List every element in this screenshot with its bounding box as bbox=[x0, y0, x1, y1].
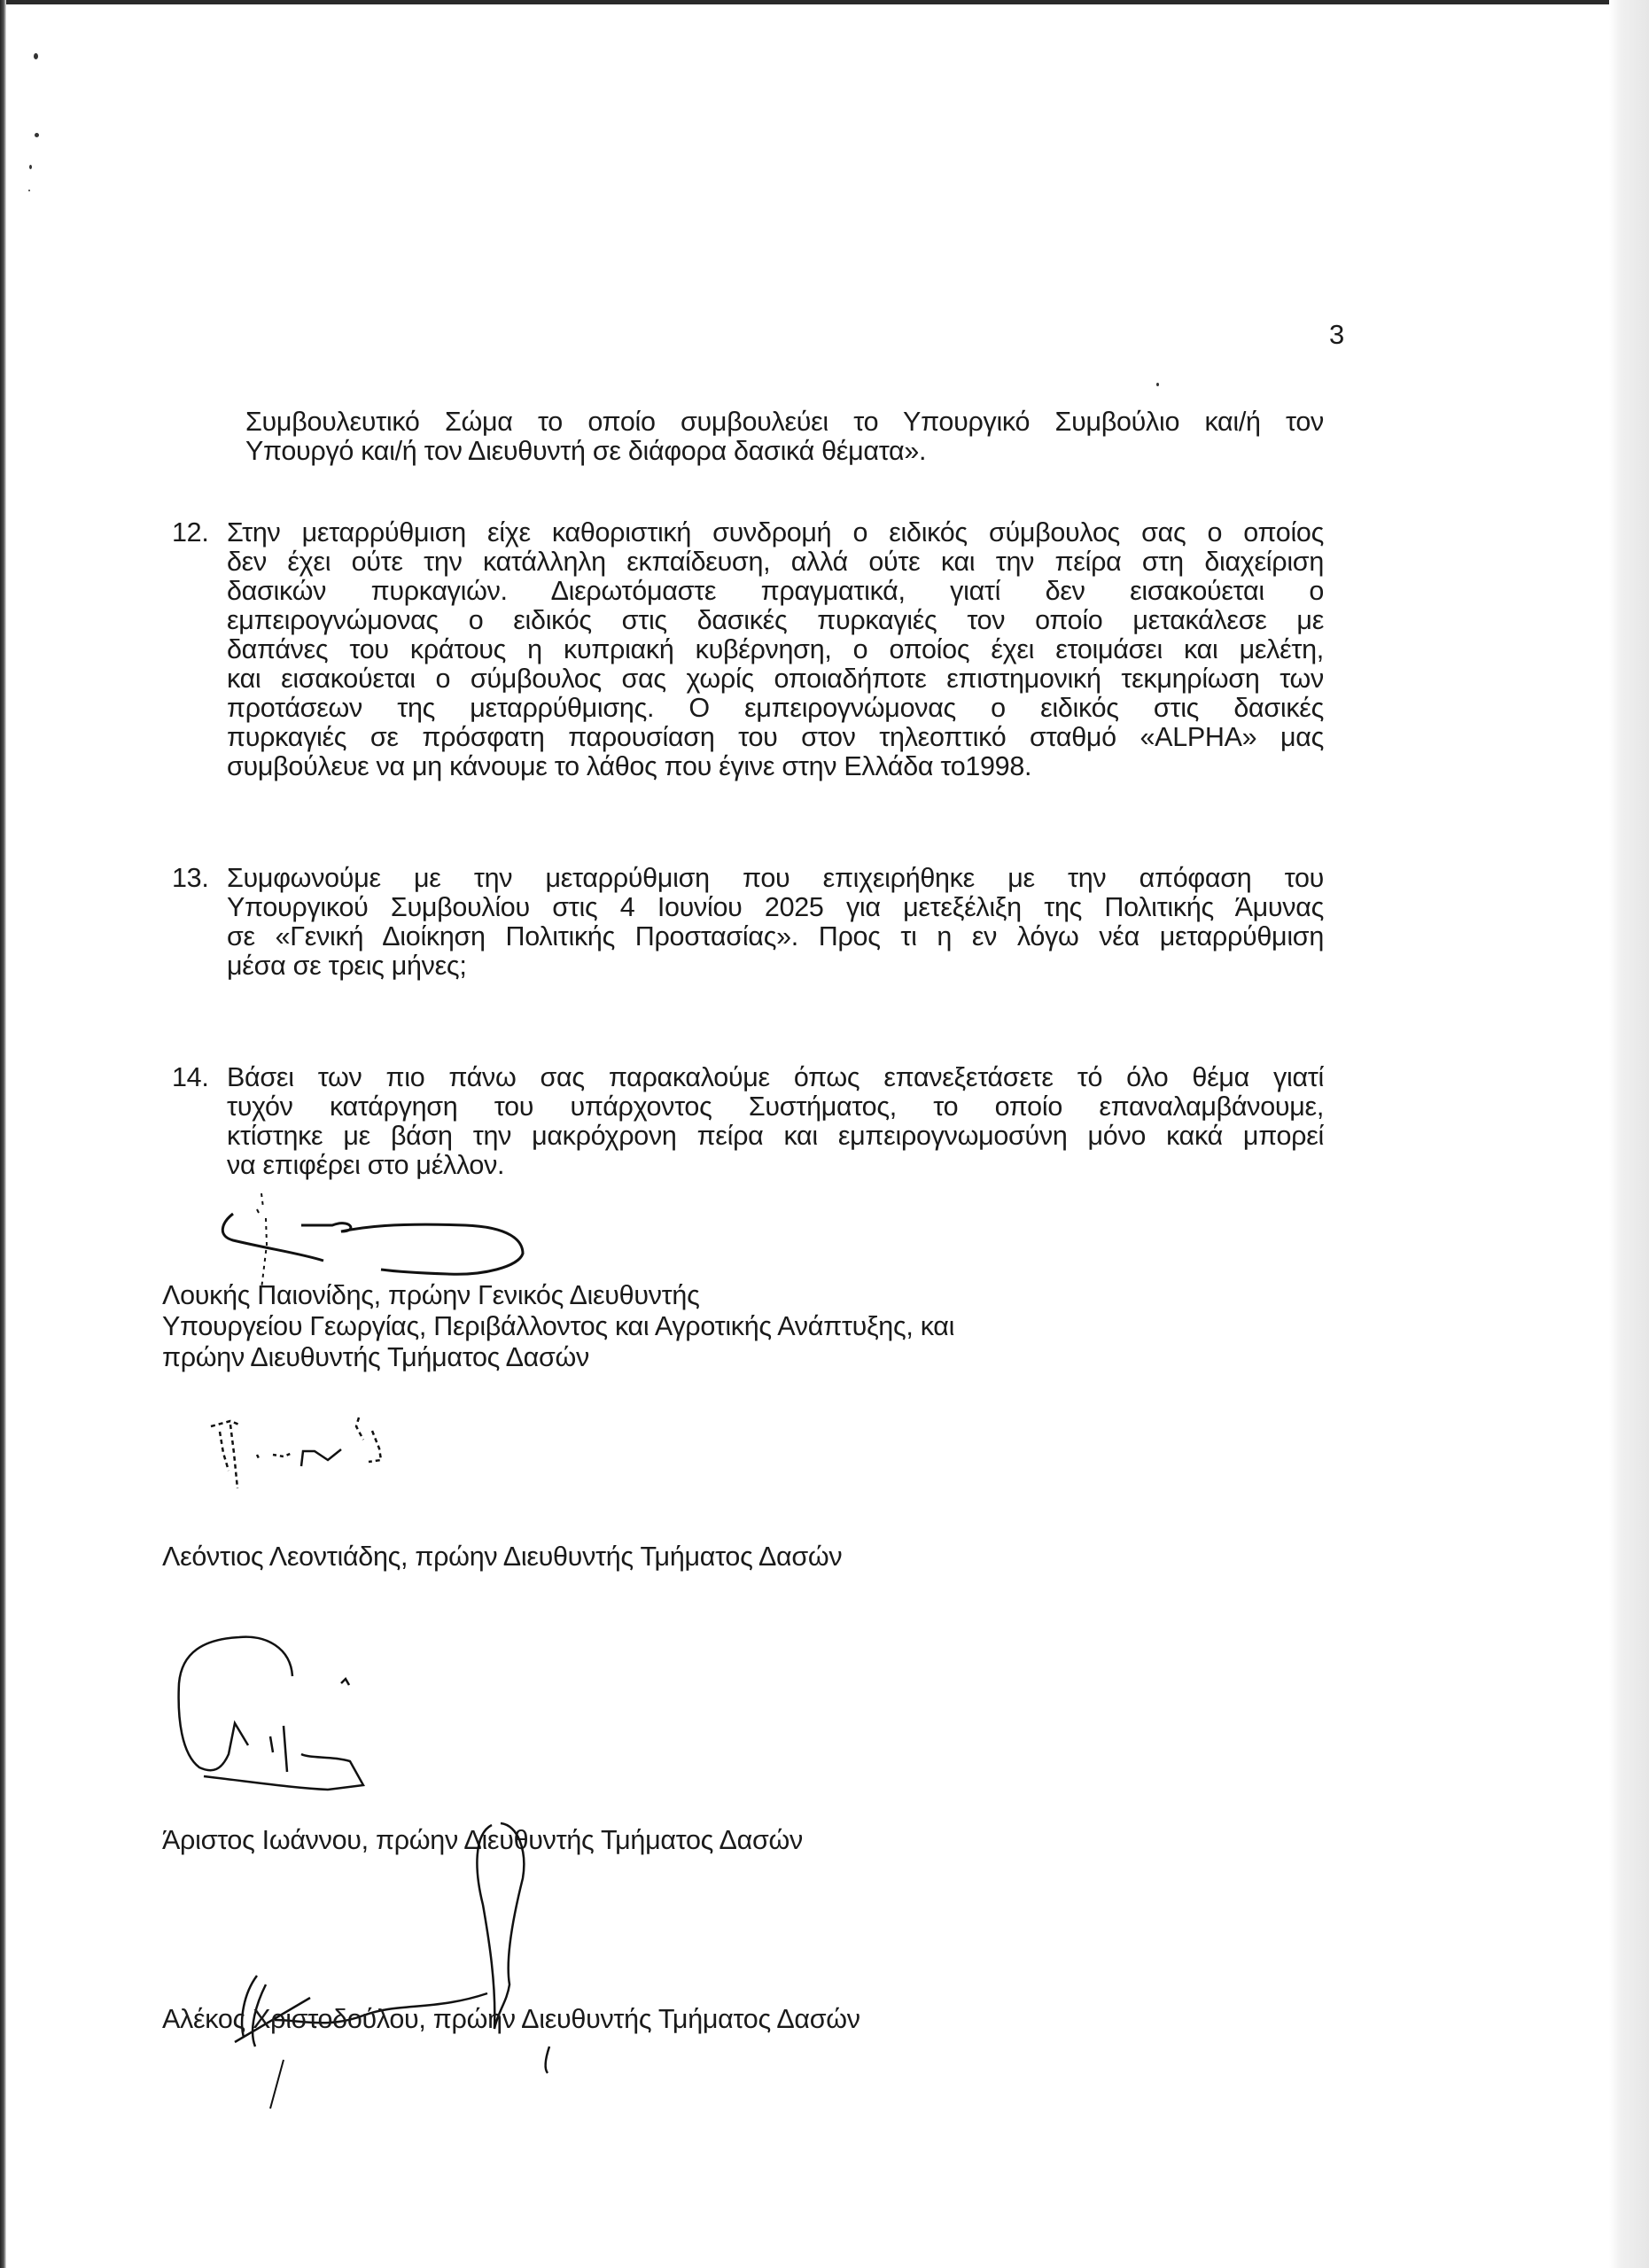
scan-edge-top bbox=[0, 0, 1649, 4]
paragraph-line: Υπουργικού Συμβουλίου στις 4 Ιουνίου 202… bbox=[227, 893, 1324, 922]
item-number: 13. bbox=[172, 864, 209, 893]
signatory-line: πρώην Διευθυντής Τμήματος Δασών bbox=[162, 1342, 954, 1373]
paragraph-line: δαπάνες του κράτους η κυπριακή κυβέρνηση… bbox=[227, 635, 1324, 664]
scan-speck bbox=[1156, 383, 1159, 386]
paragraph-line: μέσα σε τρεις μήνες; bbox=[227, 951, 1324, 981]
paragraph-line: και εισακούεται ο σύμβουλος σας χωρίς οπ… bbox=[227, 664, 1324, 694]
paragraph-line: Βάσει των πιο πάνω σας παρακαλούμε όπως … bbox=[227, 1063, 1324, 1092]
paragraph-line: δασικών πυρκαγιών. Διερωτόμαστε πραγματι… bbox=[227, 577, 1324, 606]
handwritten-signature bbox=[204, 1400, 434, 1511]
paragraph-line: εμπειρογνώμονας ο ειδικός στις δασικές π… bbox=[227, 606, 1324, 635]
signatory-line: Λεόντιος Λεοντιάδης, πρώην Διευθυντής Τμ… bbox=[162, 1542, 842, 1573]
scan-speck bbox=[34, 53, 38, 59]
signatory-line: Λουκής Παιονίδης, πρώην Γενικός Διευθυντ… bbox=[162, 1280, 954, 1311]
handwritten-signature bbox=[168, 1807, 629, 2078]
scan-speck bbox=[35, 133, 39, 137]
page-number: 3 bbox=[1329, 319, 1344, 351]
scan-edge-right bbox=[1609, 0, 1649, 2268]
scan-speck bbox=[28, 190, 30, 191]
paragraph-line: σε «Γενική Διοίκηση Πολιτικής Προστασίας… bbox=[227, 922, 1324, 951]
paragraph-line: συμβούλευε να μη κάνουμε το λάθος που έγ… bbox=[227, 752, 1324, 781]
paragraph-line: τυχόν κατάργηση του υπάρχοντος Συστήματο… bbox=[227, 1092, 1324, 1122]
paragraph-line: πυρκαγιές σε πρόσφατη παρουσίαση του στο… bbox=[227, 723, 1324, 752]
paragraph-line: Συμβουλευτικό Σώμα το οποίο συμβουλεύει … bbox=[245, 408, 1324, 437]
scan-speck bbox=[29, 165, 32, 169]
item-number: 12. bbox=[172, 518, 209, 548]
signatory-block: Λεόντιος Λεοντιάδης, πρώην Διευθυντής Τμ… bbox=[162, 1542, 842, 1573]
paragraph-line: Συμφωνούμε με την μεταρρύθμιση που επιχε… bbox=[227, 864, 1324, 893]
paragraph-line: προτάσεων της μεταρρύθμισης. Ο εμπειρογν… bbox=[227, 694, 1324, 723]
paragraph-line: δεν έχει ούτε την κατάλληλη εκπαίδευση, … bbox=[227, 548, 1324, 577]
paragraph-line: κτίστηκε με βάση την μακρόχρονη πείρα κα… bbox=[227, 1122, 1324, 1151]
handwritten-signature bbox=[168, 1630, 399, 1812]
signatory-block: Αλέκος Χριστοδούλου, πρώην Διευθυντής Τμ… bbox=[162, 2004, 860, 2035]
scan-edge-left bbox=[0, 0, 6, 2268]
intro-paragraph: Συμβουλευτικό Σώμα το οποίο συμβουλεύει … bbox=[245, 408, 1324, 466]
paragraph-line: Υπουργό και/ή τον Διευθυντή σε διάφορα δ… bbox=[245, 437, 1324, 466]
paragraph-line: να επιφέρει στο μέλλον. bbox=[227, 1151, 1324, 1180]
item-number: 14. bbox=[172, 1063, 209, 1092]
signatory-line: Αλέκος Χριστοδούλου, πρώην Διευθυντής Τμ… bbox=[162, 2004, 860, 2035]
signatory-block: Λουκής Παιονίδης, πρώην Γενικός Διευθυντ… bbox=[162, 1280, 954, 1373]
signatory-line: Υπουργείου Γεωργίας, Περιβάλλοντος και Α… bbox=[162, 1311, 954, 1342]
paragraph-line: Στην μεταρρύθμιση είχε καθοριστική συνδρ… bbox=[227, 518, 1324, 548]
